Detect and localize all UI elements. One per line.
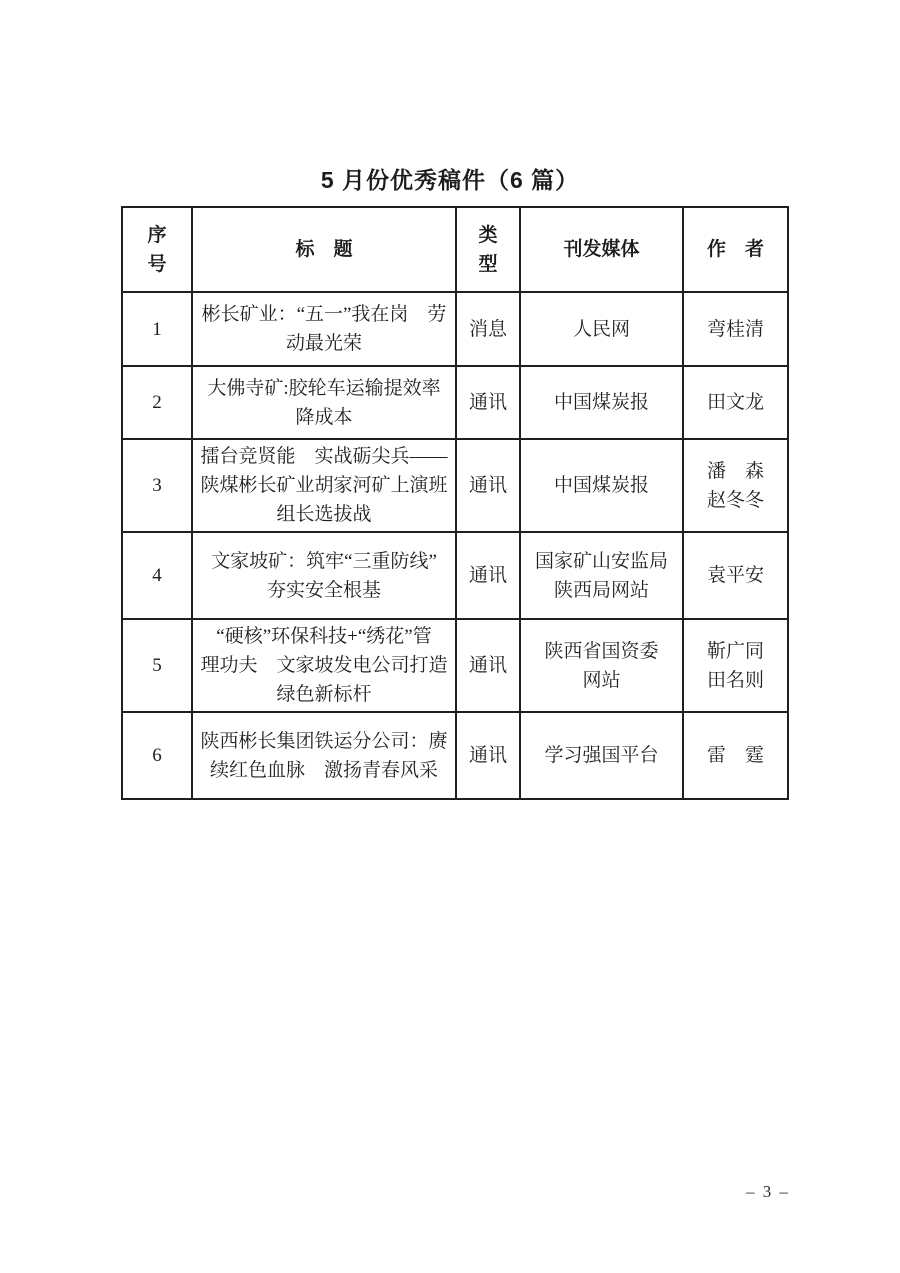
- cell-title: 文家坡矿：筑牢“三重防线” 夯实安全根基: [192, 532, 456, 619]
- cell-serial: 5: [122, 619, 192, 712]
- cell-serial: 2: [122, 366, 192, 439]
- header-title: 标 题: [192, 207, 456, 292]
- cell-title: “硬核”环保科技+“绣花”管 理功夫 文家坡发电公司打造 绿色新标杆: [192, 619, 456, 712]
- cell-media: 国家矿山安监局 陕西局网站: [520, 532, 683, 619]
- document-page: 5 月份优秀稿件（6 篇） 序 号 标 题 类 型 刊发媒体 作 者 1 彬长矿…: [0, 0, 900, 1273]
- table-row: 5 “硬核”环保科技+“绣花”管 理功夫 文家坡发电公司打造 绿色新标杆 通讯 …: [122, 619, 788, 712]
- cell-author: 潘 森 赵冬冬: [683, 439, 788, 532]
- cell-serial: 1: [122, 292, 192, 366]
- header-serial: 序 号: [122, 207, 192, 292]
- page-title: 5 月份优秀稿件（6 篇）: [0, 164, 900, 196]
- header-type: 类 型: [456, 207, 520, 292]
- table-row: 2 大佛寺矿:胶轮车运输提效率 降成本 通讯 中国煤炭报 田文龙: [122, 366, 788, 439]
- cell-author: 袁平安: [683, 532, 788, 619]
- cell-title: 陕西彬长集团铁运分公司：赓 续红色血脉 激扬青春风采: [192, 712, 456, 799]
- table-row: 4 文家坡矿：筑牢“三重防线” 夯实安全根基 通讯 国家矿山安监局 陕西局网站 …: [122, 532, 788, 619]
- page-number: – 3 –: [746, 1182, 790, 1202]
- cell-serial: 3: [122, 439, 192, 532]
- cell-serial: 6: [122, 712, 192, 799]
- articles-table: 序 号 标 题 类 型 刊发媒体 作 者 1 彬长矿业：“五一”我在岗 劳 动最…: [121, 206, 789, 800]
- cell-serial: 4: [122, 532, 192, 619]
- header-author: 作 者: [683, 207, 788, 292]
- table-row: 1 彬长矿业：“五一”我在岗 劳 动最光荣 消息 人民网 弯桂清: [122, 292, 788, 366]
- cell-media: 人民网: [520, 292, 683, 366]
- table-row: 6 陕西彬长集团铁运分公司：赓 续红色血脉 激扬青春风采 通讯 学习强国平台 雷…: [122, 712, 788, 799]
- cell-author: 雷 霆: [683, 712, 788, 799]
- cell-type: 通讯: [456, 712, 520, 799]
- cell-media: 中国煤炭报: [520, 366, 683, 439]
- header-media: 刊发媒体: [520, 207, 683, 292]
- cell-media: 学习强国平台: [520, 712, 683, 799]
- cell-type: 消息: [456, 292, 520, 366]
- table-header-row: 序 号 标 题 类 型 刊发媒体 作 者: [122, 207, 788, 292]
- cell-author: 靳广同 田名则: [683, 619, 788, 712]
- cell-author: 田文龙: [683, 366, 788, 439]
- cell-media: 陕西省国资委 网站: [520, 619, 683, 712]
- cell-title: 大佛寺矿:胶轮车运输提效率 降成本: [192, 366, 456, 439]
- table-row: 3 擂台竞贤能 实战砺尖兵—— 陕煤彬长矿业胡家河矿上演班 组长选拔战 通讯 中…: [122, 439, 788, 532]
- cell-media: 中国煤炭报: [520, 439, 683, 532]
- cell-title: 彬长矿业：“五一”我在岗 劳 动最光荣: [192, 292, 456, 366]
- cell-author: 弯桂清: [683, 292, 788, 366]
- cell-type: 通讯: [456, 366, 520, 439]
- cell-title: 擂台竞贤能 实战砺尖兵—— 陕煤彬长矿业胡家河矿上演班 组长选拔战: [192, 439, 456, 532]
- cell-type: 通讯: [456, 439, 520, 532]
- cell-type: 通讯: [456, 619, 520, 712]
- cell-type: 通讯: [456, 532, 520, 619]
